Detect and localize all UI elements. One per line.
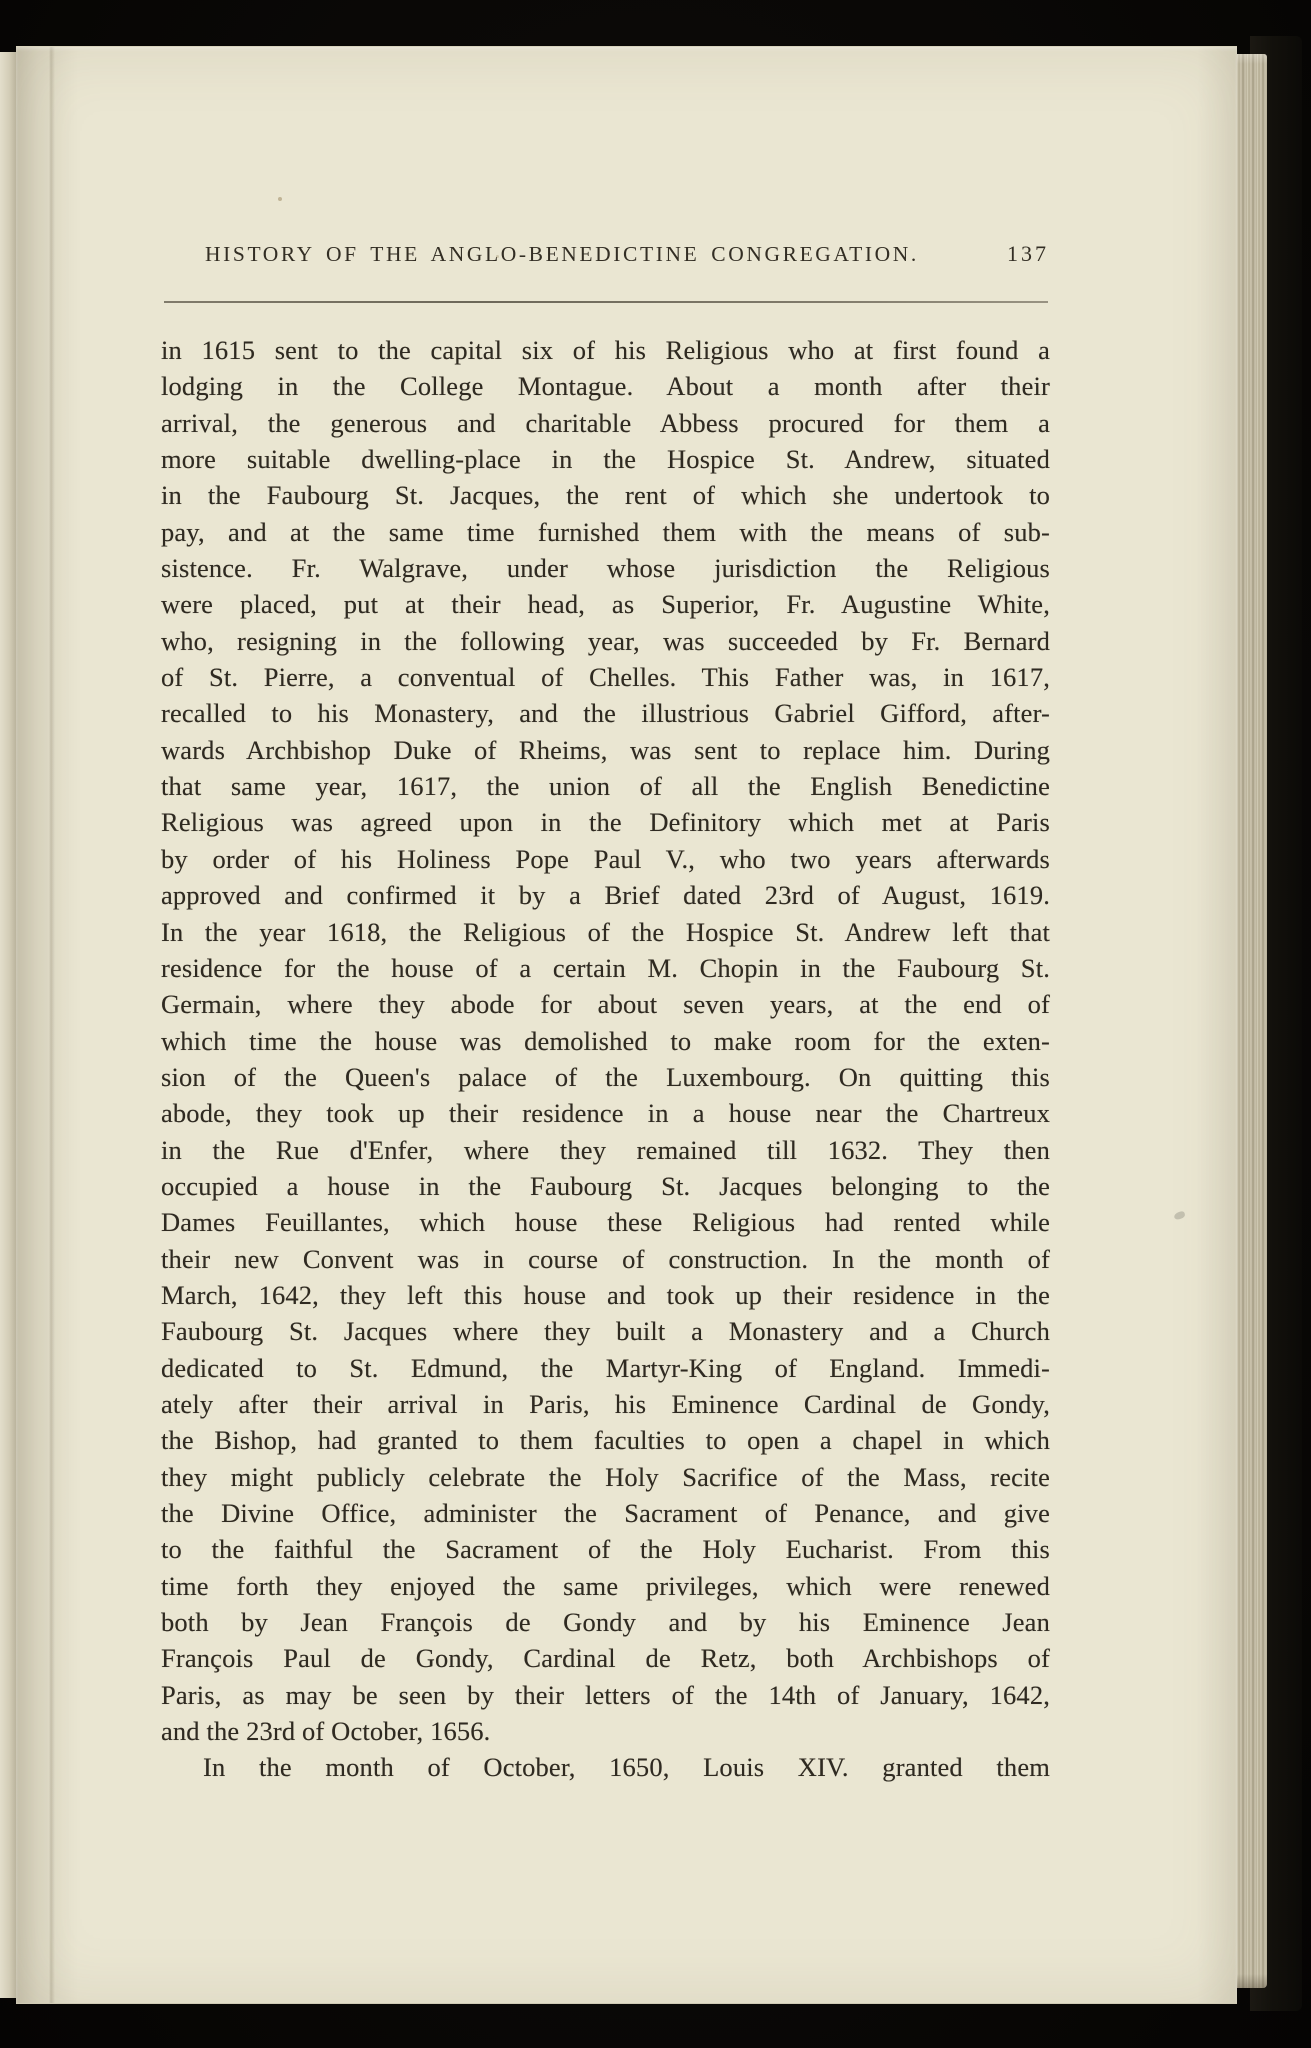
text-line: recalled to his Monastery, and the illus… xyxy=(161,695,1050,731)
text-line: in the Faubourg St. Jacques, the rent of… xyxy=(161,477,1050,513)
text-line: ately after their arrival in Paris, his … xyxy=(161,1386,1050,1422)
text-line: sion of the Queen's palace of the Luxemb… xyxy=(161,1059,1050,1095)
text-line: occupied a house in the Faubourg St. Jac… xyxy=(161,1168,1050,1204)
running-header-title: HISTORY OF THE ANGLO-BENEDICTINE CONGREG… xyxy=(205,242,919,267)
text-line: Paris, as may be seen by their letters o… xyxy=(161,1677,1050,1713)
text-line: the Bishop, had granted to them facultie… xyxy=(161,1422,1050,1458)
text-line: pay, and at the same time furnished them… xyxy=(161,514,1050,550)
text-line: lodging in the College Montague. About a… xyxy=(161,368,1050,404)
text-line: they might publicly celebrate the Holy S… xyxy=(161,1459,1050,1495)
text-line: more suitable dwelling-place in the Hosp… xyxy=(161,441,1050,477)
text-line: of St. Pierre, a conventual of Chelles. … xyxy=(161,659,1050,695)
text-line: and the 23rd of October, 1656. xyxy=(161,1713,1050,1749)
fore-edge-page-stack xyxy=(1236,54,1267,1988)
text-line: their new Convent was in course of const… xyxy=(161,1241,1050,1277)
text-line: approved and confirmed it by a Brief dat… xyxy=(161,877,1050,913)
book-photo: HISTORY OF THE ANGLO-BENEDICTINE CONGREG… xyxy=(0,0,1311,2048)
text-line: in the Rue d'Enfer, where they remained … xyxy=(161,1132,1050,1168)
page-number: 137 xyxy=(1007,241,1049,267)
text-line: were placed, put at their head, as Super… xyxy=(161,586,1050,622)
text-line: Germain, where they abode for about seve… xyxy=(161,986,1050,1022)
text-line: wards Archbishop Duke of Rheims, was sen… xyxy=(161,732,1050,768)
text-line: residence for the house of a certain M. … xyxy=(161,950,1050,986)
text-line: abode, they took up their residence in a… xyxy=(161,1095,1050,1131)
text-line: that same year, 1617, the union of all t… xyxy=(161,768,1050,804)
paper-speck xyxy=(1173,1210,1186,1220)
text-line: Faubourg St. Jacques where they built a … xyxy=(161,1313,1050,1349)
book-page: HISTORY OF THE ANGLO-BENEDICTINE CONGREG… xyxy=(16,46,1237,2004)
text-line: François Paul de Gondy, Cardinal de Retz… xyxy=(161,1640,1050,1676)
text-line: time forth they enjoyed the same privile… xyxy=(161,1568,1050,1604)
text-line: who, resigning in the following year, wa… xyxy=(161,623,1050,659)
paper-speck xyxy=(278,197,282,201)
text-line: Dames Feuillantes, which house these Rel… xyxy=(161,1204,1050,1240)
text-line: which time the house was demolished to m… xyxy=(161,1023,1050,1059)
text-line: sistence. Fr. Walgrave, under whose juri… xyxy=(161,550,1050,586)
text-line: dedicated to St. Edmund, the Martyr-King… xyxy=(161,1350,1050,1386)
text-line: March, 1642, they left this house and to… xyxy=(161,1277,1050,1313)
gutter-page-edge xyxy=(0,52,17,1998)
text-line: by order of his Holiness Pope Paul V., w… xyxy=(161,841,1050,877)
text-line: In the month of October, 1650, Louis XIV… xyxy=(161,1749,1050,1785)
text-line: Religious was agreed upon in the Definit… xyxy=(161,804,1050,840)
paper-speck xyxy=(496,255,499,258)
text-line: to the faithful the Sacrament of the Hol… xyxy=(161,1531,1050,1567)
text-line: arrival, the generous and charitable Abb… xyxy=(161,405,1050,441)
text-line: both by Jean François de Gondy and by hi… xyxy=(161,1604,1050,1640)
running-header-row: HISTORY OF THE ANGLO-BENEDICTINE CONGREG… xyxy=(161,241,1049,267)
header-rule xyxy=(164,301,1048,303)
text-line: the Divine Office, administer the Sacram… xyxy=(161,1495,1050,1531)
page-body-text: in 1615 sent to the capital six of his R… xyxy=(161,332,1050,1786)
text-line: In the year 1618, the Religious of the H… xyxy=(161,914,1050,950)
text-line: in 1615 sent to the capital six of his R… xyxy=(161,332,1050,368)
